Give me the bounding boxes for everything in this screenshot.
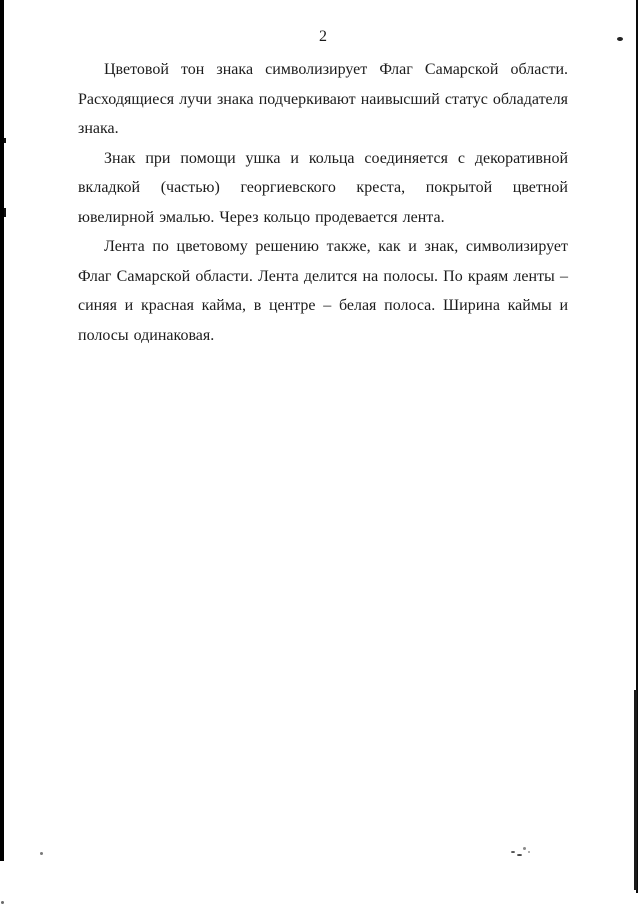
scan-edge-notch: [4, 138, 6, 143]
paragraph-sign-attachment: Знак при помощи ушка и кольца соединяетс…: [78, 144, 568, 233]
scan-right-edge-artifact: [634, 690, 637, 890]
page-number: 2: [78, 28, 568, 46]
paragraph-sign-color: Цветовой тон знака символизирует Флаг Са…: [78, 55, 568, 144]
scan-smudge: [517, 854, 522, 856]
document-text: Цветовой тон знака символизирует Флаг Са…: [78, 55, 568, 350]
scan-left-edge-artifact: [0, 0, 4, 861]
scan-edge-notch: [4, 208, 6, 217]
scan-smudge: [523, 847, 526, 850]
scan-smudge: [511, 851, 515, 853]
scan-speck: [1, 901, 4, 904]
scan-speck: [40, 852, 43, 855]
scan-smudge: [528, 851, 530, 853]
document-page: 2 Цветовой тон знака символизирует Флаг …: [0, 0, 640, 905]
scan-speck: [617, 37, 623, 41]
paragraph-ribbon: Лента по цветовому решению также, как и …: [78, 232, 568, 350]
